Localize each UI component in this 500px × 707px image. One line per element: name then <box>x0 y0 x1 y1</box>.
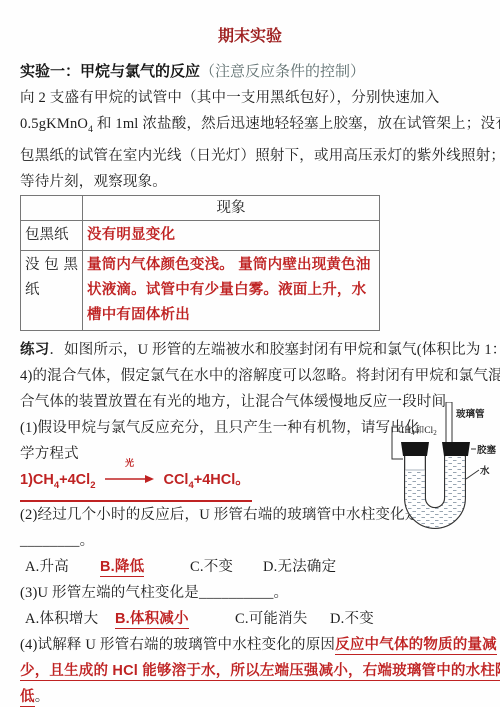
reaction-condition-arrow: 光 <box>103 472 155 484</box>
utube-diagram: CH4和Cl2 玻璃管 胶塞 水 <box>385 402 500 530</box>
table-header-row: 现象 <box>21 195 380 220</box>
experiment-heading-main: 实验一：甲烷与氯气的反应 <box>20 63 200 80</box>
equation-text: CCl <box>163 472 188 488</box>
selected-answer: B.降低 <box>100 559 144 577</box>
row-value: 没有明显变化 <box>83 220 380 250</box>
options-row-1: A.升高B.降低C.不变D.无法确定 <box>20 554 480 580</box>
question-4-answer-line: 少，且生成的 HCl 能够溶于水，所以左端压强减小，右端玻璃管中的水柱降 <box>20 658 480 684</box>
formula-text: 0.5gKMnO <box>20 116 88 132</box>
selected-answer: B.体积减小 <box>115 611 189 629</box>
answer-blank: __________ <box>199 585 274 601</box>
answer-text: 反应中气体的物质的量减 <box>335 637 497 655</box>
option-d: D.无法确定 <box>263 554 336 580</box>
option-d: D.不变 <box>330 606 374 632</box>
period: 。 <box>274 585 289 601</box>
option-a: A.升高 <box>25 554 100 580</box>
equation-text: +4HCl <box>194 472 236 488</box>
exercise-line-rest: ．如图所示，U 形管的左端被水和胶塞封闭有甲烷和氯气(体积比为 1： <box>49 342 500 358</box>
gas-label-subscript: 2 <box>433 429 437 437</box>
glass-tube <box>446 402 452 446</box>
question-4: (4)试解释 U 形管右端的玻璃管中水柱变化的原因反应中气体的物质的量减 <box>20 632 480 658</box>
period: 。 <box>35 689 50 705</box>
answer-text: 少，且生成的 HCl 能够溶于水，所以左端压强减小，右端玻璃管中的水柱降 <box>20 663 500 681</box>
question-3: (3)U 形管左端的气柱变化是__________。 <box>20 580 480 606</box>
equation-text: +4Cl <box>59 472 90 488</box>
rubber-stopper-left <box>401 442 429 456</box>
answer-text: 没有明显变化 <box>87 227 175 243</box>
period: 。 <box>80 533 95 549</box>
glass-tube-label: 玻璃管 <box>456 408 485 420</box>
right-arrow-icon <box>103 474 155 484</box>
gas-label-text: CH <box>398 426 411 436</box>
answer-blank: ________ <box>20 533 80 549</box>
intro-line: 包黑纸的试管在室内光线（日光灯）照射下，或用高压汞灯的紫外线照射； <box>20 143 480 169</box>
question-4-answer-line: 低。 <box>20 684 480 707</box>
exercise-line: 练习．如图所示，U 形管的左端被水和胶塞封闭有甲烷和氯气(体积比为 1： <box>20 337 480 363</box>
rubber-stopper-right <box>442 442 470 456</box>
equation-period: 。 <box>235 472 250 488</box>
water-pointer-line <box>466 470 479 479</box>
intro-line-rest: 和 1ml 浓盐酸，然后迅速地轻轻塞上胶塞，放在试管架上；没有 <box>93 116 500 132</box>
table-header-phenomena: 现象 <box>83 195 380 220</box>
table-row: 没包黑纸 量筒内气体颜色变浅。 量筒内壁出现黄色油状液滴。试管中有少量白雾。液面… <box>21 250 380 330</box>
options-row-2: A.体积增大B.体积减小C.可能消失D.不变 <box>20 606 480 632</box>
exercise-line: 4)的混合气体，假定氯气在水中的溶解度可以忽略。将封闭有甲烷和氯气混 <box>20 363 480 389</box>
option-a: A.体积增大 <box>25 606 115 632</box>
intro-line: 等待片刻，观察现象。 <box>20 169 480 195</box>
chemical-equation: 1)CH4+4Cl2光CCl4+4HCl。 <box>20 467 252 502</box>
experiment-heading-note: （注意反应条件的控制） <box>200 64 365 80</box>
answer-text: 量筒内气体颜色变浅。 量筒内壁出现黄色油状液滴。试管中有少量白雾。液面上升，水槽… <box>87 257 371 323</box>
row-label: 包黑纸 <box>21 220 83 250</box>
answer-text: 低 <box>20 689 35 707</box>
question-2-blank-line: ________。 <box>20 528 480 554</box>
row-value: 量筒内气体颜色变浅。 量筒内壁出现黄色油状液滴。试管中有少量白雾。液面上升，水槽… <box>83 250 380 330</box>
equation-text: 1)CH <box>20 472 54 488</box>
option-b-selected: B.体积减小 <box>115 606 235 632</box>
option-c: C.不变 <box>190 554 263 580</box>
stopper-label: 胶塞 <box>477 444 497 456</box>
water-label: 水 <box>480 465 490 477</box>
phenomena-table: 现象 包黑纸 没有明显变化 没包黑纸 量筒内气体颜色变浅。 量筒内壁出现黄色油状… <box>20 195 380 331</box>
equation-subscript: 2 <box>90 480 95 491</box>
experiment-heading: 实验一：甲烷与氯气的反应（注意反应条件的控制） <box>20 59 480 85</box>
option-b-selected: B.降低 <box>100 554 190 580</box>
document-title: 期末实验 <box>20 26 480 48</box>
exercise-label: 练习 <box>20 342 49 358</box>
gas-mixture-label: CH4和Cl2 <box>398 425 437 437</box>
gas-label-text: 和Cl <box>415 425 434 436</box>
table-row: 包黑纸 没有明显变化 <box>21 220 380 250</box>
question-4-text: (4)试解释 U 形管右端的玻璃管中水柱变化的原因 <box>20 637 335 653</box>
row-label: 没包黑纸 <box>21 250 83 330</box>
reaction-condition-label: 光 <box>125 459 134 468</box>
intro-paragraph: 向 2 支盛有甲烷的试管中（其中一支用黑纸包好），分别快速加入 0.5gKMnO… <box>20 85 480 195</box>
question-3-text: (3)U 形管左端的气柱变化是 <box>20 585 199 601</box>
intro-line: 0.5gKMnO4 和 1ml 浓盐酸，然后迅速地轻轻塞上胶塞，放在试管架上；没… <box>20 111 480 143</box>
option-c: C.可能消失 <box>235 606 330 632</box>
intro-line: 向 2 支盛有甲烷的试管中（其中一支用黑纸包好），分别快速加入 <box>20 85 480 111</box>
table-corner-cell <box>21 195 83 220</box>
document-page: 期末实验 实验一：甲烷与氯气的反应（注意反应条件的控制） 向 2 支盛有甲烷的试… <box>0 0 500 707</box>
